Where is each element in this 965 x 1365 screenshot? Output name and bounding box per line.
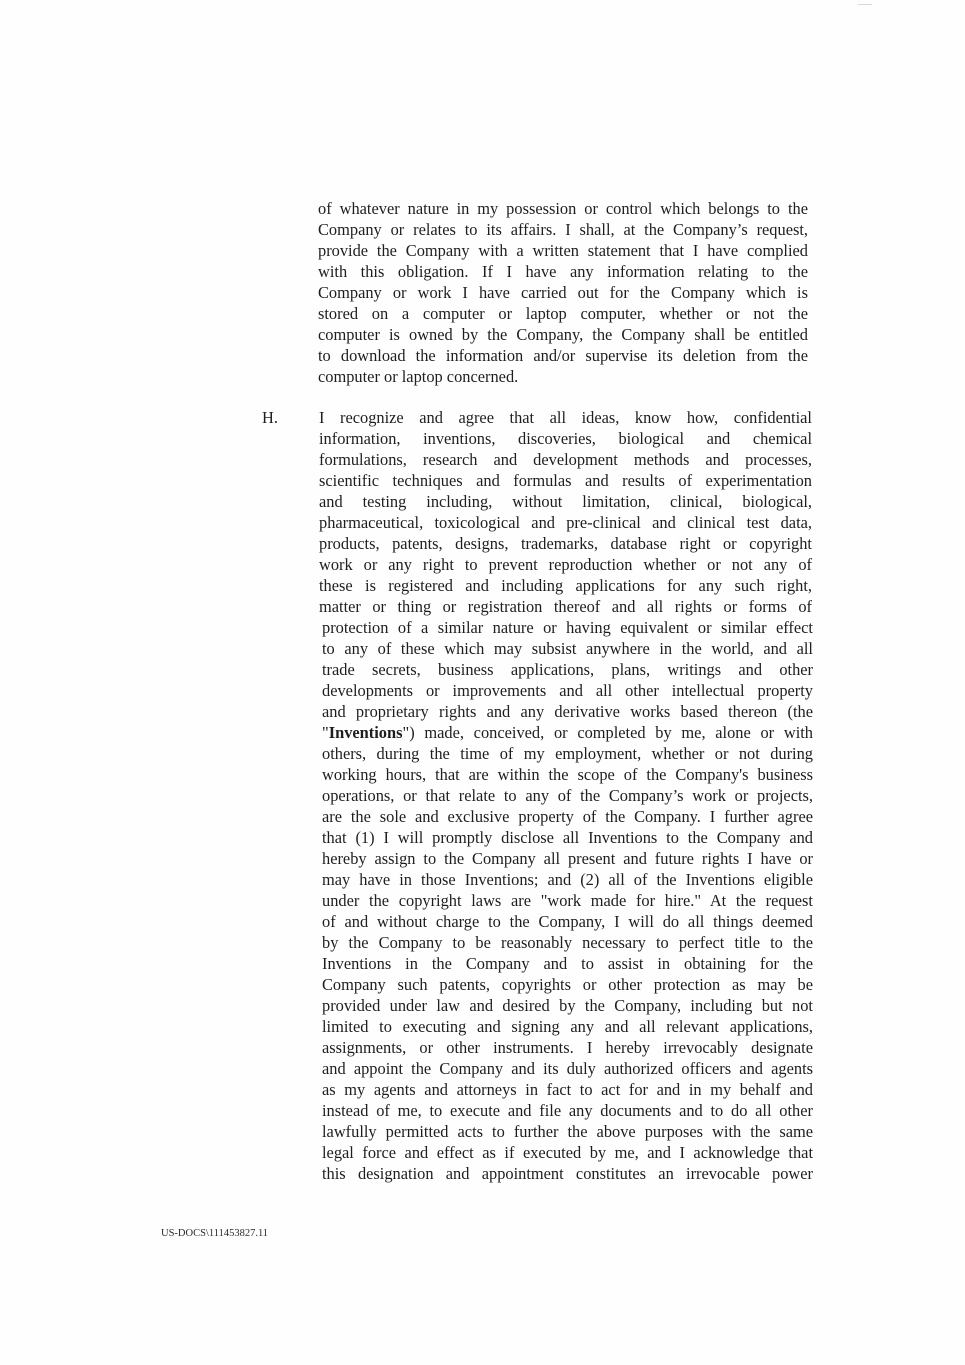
text-line: formulations, research and development m… [319,449,812,470]
text-line: computer or laptop concerned. [318,366,808,387]
text-line: to any of these which may subsist anywhe… [322,638,813,659]
text-line: Company or relates to its affairs. I sha… [318,219,808,240]
text-line: of and without charge to the Company, I … [322,911,813,932]
text-line: assignments, or other instruments. I her… [322,1037,813,1058]
footer-doc-id: US-DOCS\111453827.11 [161,1227,268,1240]
defined-term-line: "Inventions") made, conceived, or comple… [322,722,813,743]
text-line: matter or thing or registration thereof … [319,596,812,617]
text-line: working hours, that are within the scope… [322,764,813,785]
text-line: pharmaceutical, toxicological and pre-cl… [319,512,812,533]
text-line: scientific techniques and formulas and r… [319,470,812,491]
text-line: legal force and effect as if executed by… [322,1142,813,1163]
defined-term-rest: ") made, conceived, or completed by me, … [403,723,814,742]
text-line: these is registered and including applic… [319,575,812,596]
text-line: this designation and appointment constit… [322,1163,813,1184]
text-line: and appoint the Company and its duly aut… [322,1058,813,1079]
text-line: as my agents and attorneys in fact to ac… [322,1079,813,1100]
text-line: under the copyright laws are "work made … [322,890,813,911]
text-line: Company or work I have carried out for t… [318,282,808,303]
text-line: work or any right to prevent reproductio… [319,554,812,575]
text-line: by the Company to be reasonably necessar… [322,932,813,953]
text-line: that (1) I will promptly disclose all In… [322,827,813,848]
text-line: stored on a computer or laptop computer,… [318,303,808,324]
text-line: hereby assign to the Company all present… [322,848,813,869]
text-line: limited to executing and signing any and… [322,1016,813,1037]
text-line: I recognize and agree that all ideas, kn… [319,407,812,428]
defined-term-inventions: Inventions [329,723,403,742]
text-line: developments or improvements and all oth… [322,680,813,701]
document-page: of whatever nature in my possession or c… [0,0,965,1365]
paragraph-g-continuation: of whatever nature in my possession or c… [318,198,808,387]
text-line: to download the information and/or super… [318,345,808,366]
text-line: protection of a similar nature or having… [322,617,813,638]
text-line: lawfully permitted acts to further the a… [322,1121,813,1142]
text-line: information, inventions, discoveries, bi… [319,428,812,449]
text-line: provided under law and desired by the Co… [322,995,813,1016]
text-line: provide the Company with a written state… [318,240,808,261]
text-line: others, during the time of my employment… [322,743,813,764]
text-line: Inventions in the Company and to assist … [322,953,813,974]
text-line: operations, or that relate to any of the… [322,785,813,806]
text-line: and proprietary rights and any derivativ… [322,701,813,722]
scan-artifact [858,4,872,5]
paragraph-h-label: H. [262,407,278,428]
text-line: computer is owned by the Company, the Co… [318,324,808,345]
text-line: of whatever nature in my possession or c… [318,198,808,219]
open-quote: " [322,723,329,742]
paragraph-h: I recognize and agree that all ideas, kn… [319,407,812,1184]
text-line: may have in those Inventions; and (2) al… [322,869,813,890]
text-line: with this obligation. If I have any info… [318,261,808,282]
text-line: trade secrets, business applications, pl… [322,659,813,680]
text-line: are the sole and exclusive property of t… [322,806,813,827]
text-line: products, patents, designs, trademarks, … [319,533,812,554]
text-line: and testing including, without limitatio… [319,491,812,512]
text-line: instead of me, to execute and file any d… [322,1100,813,1121]
text-line: Company such patents, copyrights or othe… [322,974,813,995]
